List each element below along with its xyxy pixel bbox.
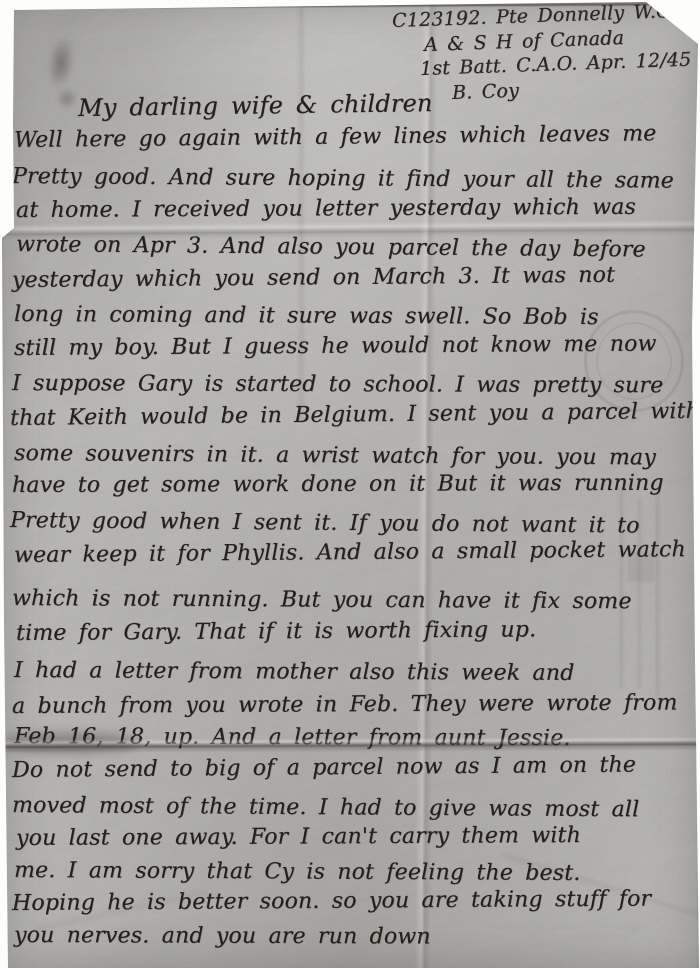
- scanned-letter: C123192. Pte Donnelly W.C. A & S H of Ca…: [0, 0, 700, 968]
- paper-edge-shadow: [0, 0, 700, 968]
- letter-paper: C123192. Pte Donnelly W.C. A & S H of Ca…: [0, 0, 700, 968]
